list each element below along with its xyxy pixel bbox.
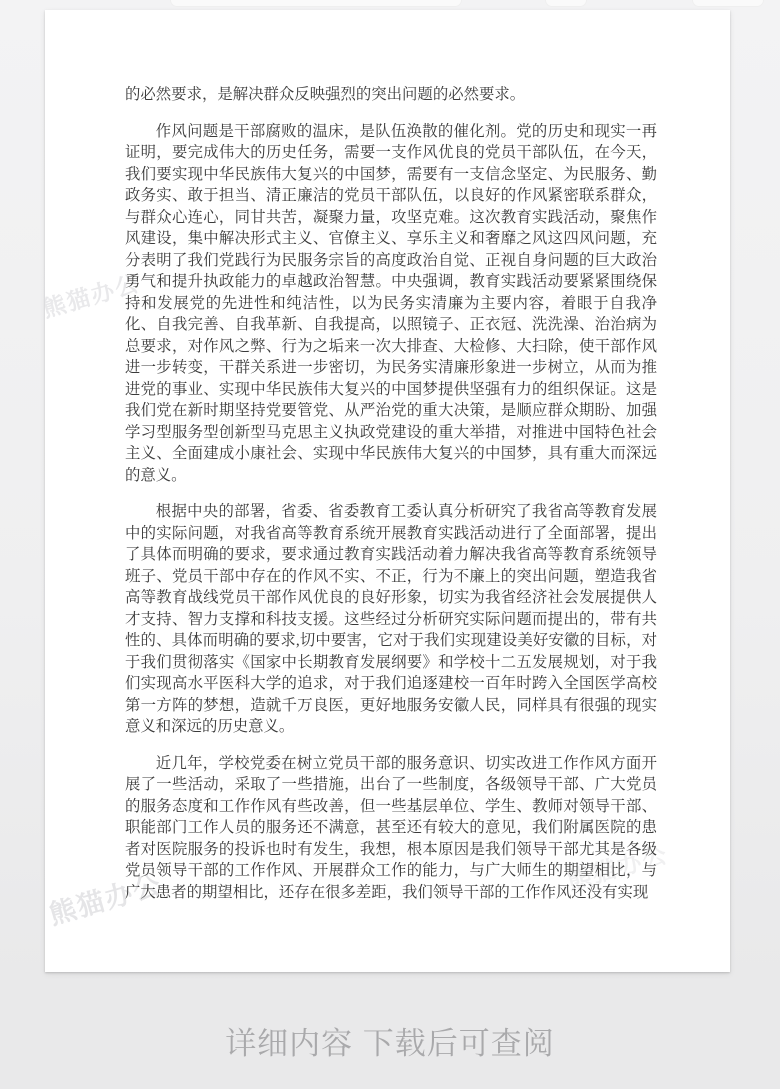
paragraph: 的必然要求，是解决群众反映强烈的突出问题的必然要求。 (125, 84, 657, 106)
document-body: 的必然要求，是解决群众反映强烈的突出问题的必然要求。作风问题是干部腐败的温床，是… (125, 84, 657, 918)
cropped-toolbar-remnant (692, 0, 764, 7)
cropped-toolbar-remnant (545, 0, 587, 7)
paragraph: 作风问题是干部腐败的温床，是队伍涣散的催化剂。党的历史和现实一再证明，要完成伟大… (125, 121, 657, 487)
paragraph: 根据中央的部署，省委、省委教育工委认真分析研究了我省高等教育发展中的实际问题，对… (125, 501, 657, 738)
download-hint-text: 详细内容 下载后可查阅 (0, 972, 780, 1066)
cropped-toolbar-remnant (170, 0, 462, 7)
paragraph: 近几年，学校党委在树立党员干部的服务意识、切实改进工作作风方面开展了一些活动，采… (125, 753, 657, 904)
document-page: 熊猫办公 熊猫办公 熊猫办公 的必然要求，是解决群众反映强烈的突出问题的必然要求… (45, 10, 730, 972)
download-hint-bar: 详细内容 下载后可查阅 (0, 972, 780, 1089)
